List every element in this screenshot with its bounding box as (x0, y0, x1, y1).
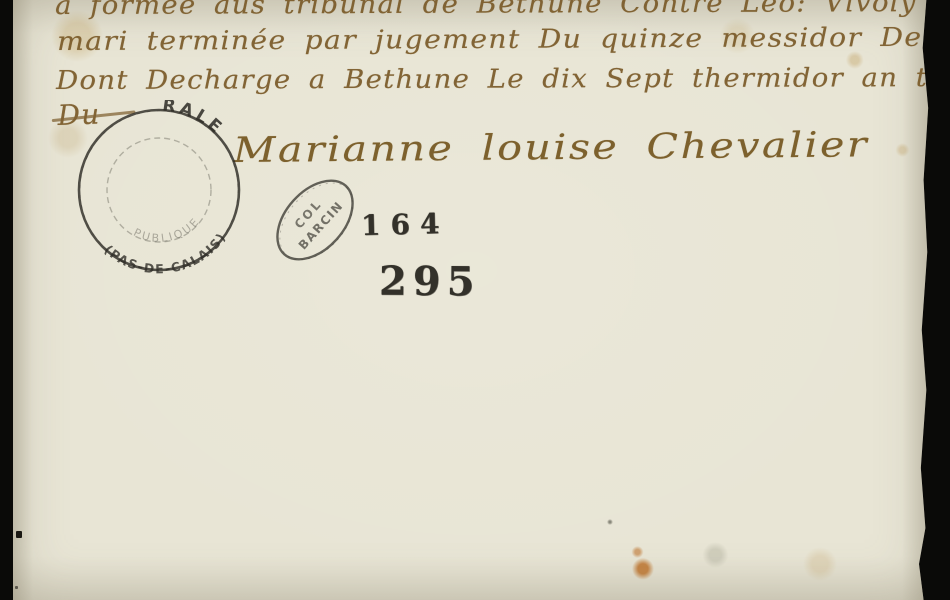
archive-number-top: 164 (361, 207, 450, 242)
archive-number-bottom: 295 (379, 258, 481, 306)
paper-speck-small (15, 586, 18, 589)
stamp-text-inner: PUBLIQUE (131, 214, 202, 245)
svg-text:PUBLIQUE: PUBLIQUE (131, 214, 202, 245)
handwritten-line-3: Dont Decharge a Bethune Le dix Sept ther… (56, 63, 950, 96)
signature: Marianne louise Chevalier (233, 125, 869, 171)
manuscript-paper: a formée aus tribunal de Bethune Contre … (13, 0, 930, 600)
round-archive-stamp: RALES • (PAS-DE-CALAIS) PUBLIQUE (68, 100, 250, 280)
paper-speck (16, 531, 22, 538)
stamp-text-top: RALES • (151, 100, 228, 195)
svg-text:RALES •: RALES • (151, 100, 228, 195)
handwritten-line-1: a formée aus tribunal de Bethune Contre … (55, 0, 950, 21)
scan-background: a formée aus tribunal de Bethune Contre … (0, 0, 950, 600)
handwritten-line-2: mari terminée par jugement Du quinze mes… (57, 22, 950, 57)
oval-stamp: COL BARCIN (256, 168, 374, 272)
